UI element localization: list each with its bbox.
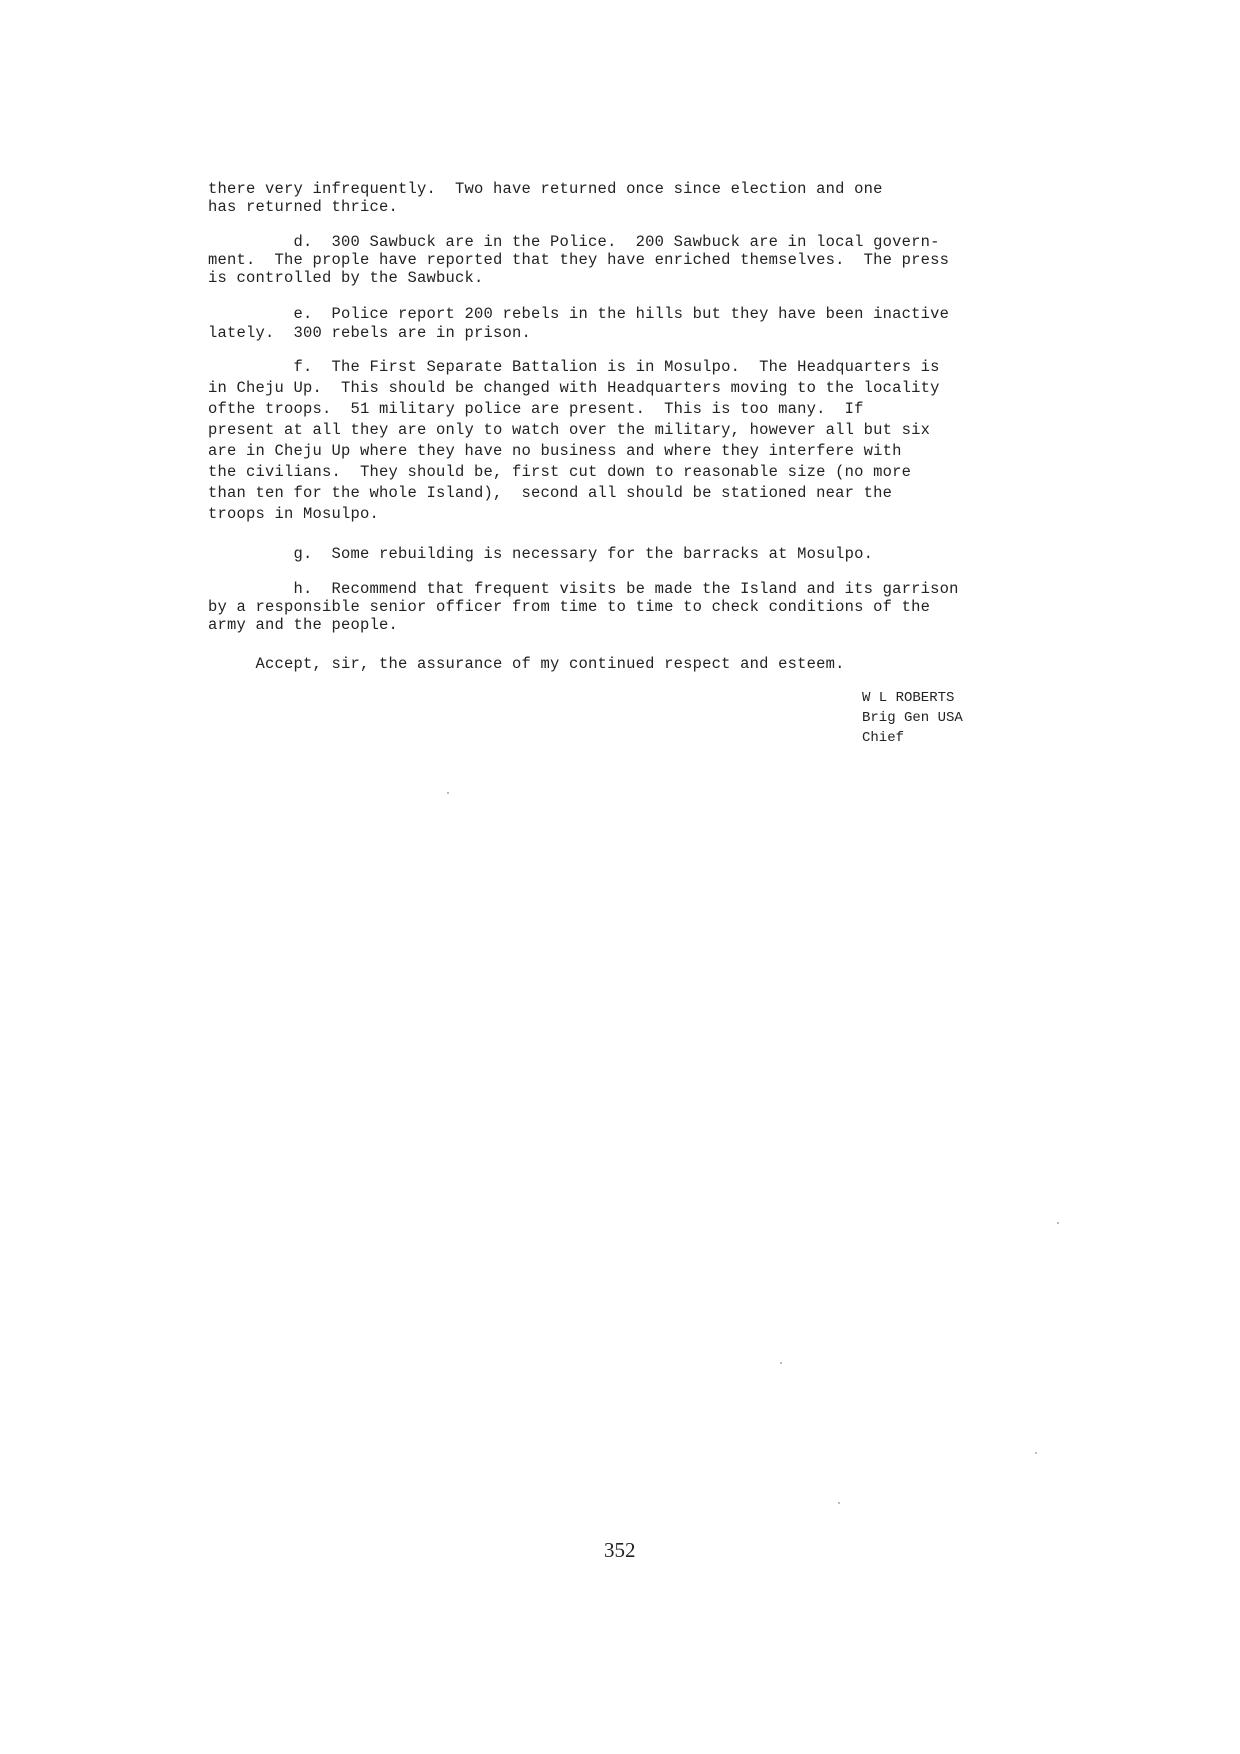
paragraph-d-line-1: d. 300 Sawbuck are in the Police. 200 Sa…	[208, 233, 940, 251]
paragraph-f-line-8: troops in Mosulpo.	[208, 505, 379, 523]
paragraph-c-line-1: there very infrequently. Two have return…	[208, 180, 883, 198]
paragraph-h-line-1: h. Recommend that frequent visits be mad…	[208, 580, 959, 598]
page-number: 352	[604, 1538, 636, 1563]
paragraph-f-line-6: the civilians. They should be, first cut…	[208, 463, 911, 481]
paragraph-f-line-4: present at all they are only to watch ov…	[208, 421, 930, 439]
paragraph-f-line-7: than ten for the whole Island), second a…	[208, 484, 892, 502]
paragraph-e-line-1: e. Police report 200 rebels in the hills…	[208, 305, 949, 323]
scan-speck	[447, 792, 449, 794]
paragraph-f-line-2: in Cheju Up. This should be changed with…	[208, 379, 940, 397]
scan-speck	[1035, 1452, 1037, 1454]
paragraph-f-line-3: ofthe troops. 51 military police are pre…	[208, 400, 864, 418]
document-page: there very infrequently. Two have return…	[0, 0, 1240, 1754]
paragraph-g-line-1: g. Some rebuilding is necessary for the …	[208, 545, 873, 563]
signature-rank: Brig Gen USA	[862, 708, 963, 728]
paragraph-e-line-2: lately. 300 rebels are in prison.	[208, 324, 531, 342]
scan-speck	[780, 1362, 782, 1364]
signature-name: W L ROBERTS	[862, 688, 954, 708]
paragraph-d-line-2: ment. The prople have reported that they…	[208, 251, 949, 269]
paragraph-f-line-1: f. The First Separate Battalion is in Mo…	[208, 358, 940, 376]
paragraph-f-line-5: are in Cheju Up where they have no busin…	[208, 442, 902, 460]
scan-speck	[838, 1502, 840, 1504]
paragraph-h-line-2: by a responsible senior officer from tim…	[208, 598, 930, 616]
paragraph-d-line-3: is controlled by the Sawbuck.	[208, 269, 484, 287]
paragraph-c-line-2: has returned thrice.	[208, 198, 398, 216]
paragraph-h-line-3: army and the people.	[208, 616, 398, 634]
signature-title: Chief	[862, 728, 904, 748]
closing-line: Accept, sir, the assurance of my continu…	[208, 655, 845, 673]
scan-speck	[1057, 1222, 1059, 1224]
